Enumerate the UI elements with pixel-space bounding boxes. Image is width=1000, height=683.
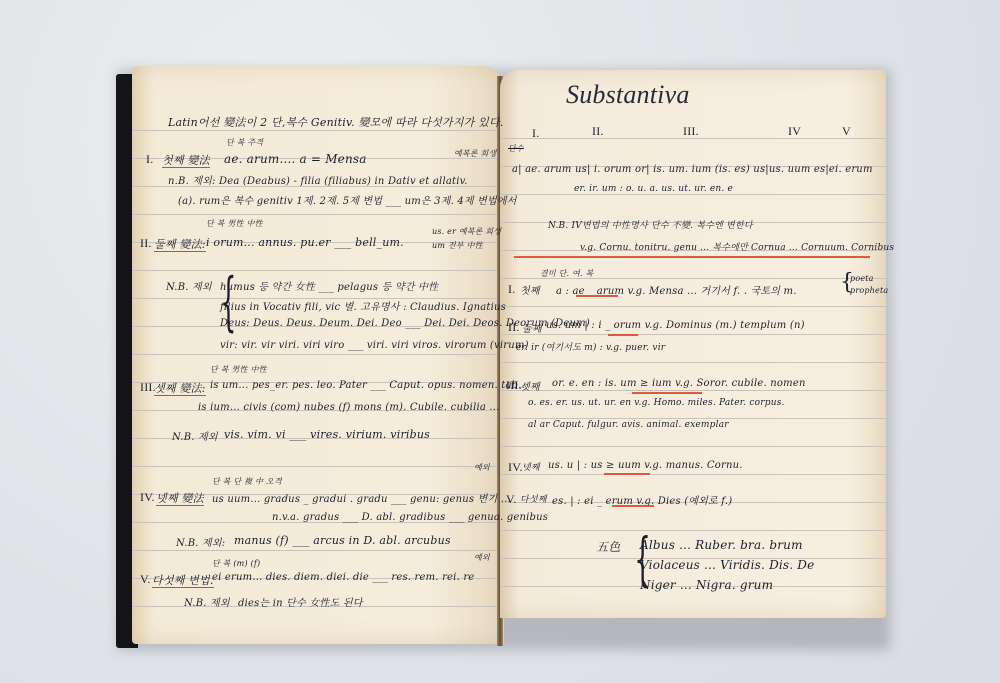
row-2-numeral: II. <box>508 320 520 335</box>
section-5-header-labels: 단 복 (m) (f) <box>212 558 260 569</box>
row-2-text: us. um | : i _ orum v.g. Dominus (m.) te… <box>546 320 805 331</box>
ruled-line <box>500 194 886 195</box>
section-2-header-labels: 단 복 男性 中性 <box>206 218 263 229</box>
nb-example: v.g. Cornu. tonitru. genu ... 복수에만 Cornu… <box>580 240 894 253</box>
ruled-line <box>500 334 886 335</box>
section-4-side-note: 예외 <box>474 462 490 473</box>
section-1-side-note: 예복론 희생 <box>454 148 496 159</box>
ruled-line <box>132 270 504 271</box>
column-header-4: IV <box>788 124 801 139</box>
section-4-nb-line: manus (f) ___ arcus in D. abl. arcubus <box>234 534 451 547</box>
row-1-numeral: I. <box>508 282 515 297</box>
section-3-header-labels: 단 복 男性 中性 <box>210 364 267 375</box>
ruled-line <box>500 446 886 447</box>
row-4-numeral: IV. <box>508 460 523 475</box>
ruled-line <box>500 418 886 419</box>
section-1-header-labels: 단 복 주격 <box>226 137 263 148</box>
nb-header: N.B. IV변법의 中性명사 단수 不變. 복수엔 변한다 <box>548 218 753 231</box>
section-3-name-text: 셋째 變法: <box>154 382 206 396</box>
section-1-name: 첫째 變法 <box>162 152 210 168</box>
column-header-5: V <box>842 124 851 139</box>
row-5-numeral: V. <box>506 492 517 507</box>
section-4-line1: us uum... gradus _ gradui . gradu ___ ge… <box>212 490 511 505</box>
section-3-nb-label: N.B. 제외 <box>172 428 218 443</box>
adjective-line: Violaceus ... Viridis. Dis. De <box>640 558 814 572</box>
section-4-line2: n.v.a. gradus ___ D. abl. gradibus ___ g… <box>272 512 548 523</box>
section-5-numeral: V. <box>140 572 151 587</box>
section-3-name: 셋째 變法: <box>154 380 206 396</box>
section-5-side-note: 예외 <box>474 552 490 563</box>
row-3-text2: o. es. er. us. ut. ur. en v.g. Homo. mil… <box>528 398 785 408</box>
ruled-line <box>132 214 504 215</box>
section-5-name-text: 다섯째 변법. <box>152 574 214 588</box>
ruled-line <box>500 390 886 391</box>
section-3-nb-line: vis. vim. vi ___ vires. virium. viribus <box>224 428 430 441</box>
section-4-header-labels: 단 복 단 複 中 오격 <box>212 476 282 487</box>
section-2-nb-label: N.B. 제외 <box>166 278 212 293</box>
row-3-text3: al ar Caput. fulgur. avis. animal. exemp… <box>528 420 729 430</box>
red-underline <box>576 295 618 297</box>
column-header-2: II. <box>592 124 604 139</box>
ruled-line <box>500 306 886 307</box>
section-5-nb-label: N.B. 제외 <box>184 594 230 609</box>
adjective-line: Niger ... Nigra. grum <box>640 578 773 592</box>
column-header-1: I. <box>532 126 539 141</box>
red-underline <box>632 392 702 394</box>
row-1-brace-item: propheta <box>850 286 888 295</box>
section-4-numeral: IV. <box>140 490 155 505</box>
ruled-line <box>132 550 504 551</box>
row-5-name: 다섯째 <box>520 492 547 505</box>
row-4-name: 넷째 <box>522 460 540 473</box>
ruled-line <box>500 362 886 363</box>
section-5-nb-line: dies는 in 단수 女性도 된다 <box>238 594 363 609</box>
right-page-title: Substantiva <box>566 80 690 110</box>
section-2-nb-line: filius in Vocativ fili, vic 별. 고유명사 : Cl… <box>220 298 506 313</box>
row-4-text: us. u | : us ≥ uum v.g. manus. Cornu. <box>548 460 743 471</box>
section-5-line1: ei erum... dies. diem. diei. die ___ res… <box>212 572 474 583</box>
row-1-brace-item: poeta <box>850 274 874 283</box>
adjectives-label: 五色 <box>596 538 620 555</box>
ruled-line <box>500 474 886 475</box>
section-2-endings: i orum... annus. pu.er ___ bell_um. <box>206 236 404 249</box>
section-2-name-text: 둘째 變法: <box>154 238 206 252</box>
ruled-line <box>500 530 886 531</box>
section-3-line1: is um... pes_er. pes. leo. Pater ___ Cap… <box>210 380 525 391</box>
red-divider-line <box>514 256 870 258</box>
row-1-label-above: 결미 단. 여. 복 <box>540 268 593 279</box>
crossed-out-word: 단수 <box>508 143 524 154</box>
row-1-name: 첫째 <box>520 282 540 297</box>
section-2-nb-line: humus 등 약간 女性 ___ pelagus 등 약간 中性 <box>220 278 438 293</box>
section-4-name: 넷째 變法 <box>156 490 204 506</box>
section-2-numeral: II. <box>140 236 152 251</box>
ruled-line <box>132 130 504 131</box>
section-4-name-text: 넷째 變法 <box>156 492 204 506</box>
section-3-line2: is ium... civis (com) nubes (f) mons (m)… <box>198 402 500 413</box>
section-5-name: 다섯째 변법. <box>152 572 214 588</box>
ruled-line <box>132 466 504 467</box>
section-1-endings: ae. arum.... a = Mensa <box>224 152 367 166</box>
section-1-name-text: 첫째 變法 <box>162 154 210 168</box>
row-2-text2: er. ir (여기서도 m) : v.g. puer. vir <box>516 340 665 353</box>
section-2-side-note2: um 전부 中性 <box>432 240 483 251</box>
section-2-nb-line: vir: vir. vir viri. viri viro ___ viri. … <box>220 340 529 351</box>
red-underline <box>608 334 638 336</box>
red-underline <box>604 473 650 475</box>
row-2-name: 둘째 <box>522 320 542 335</box>
section-2-side-note1: us. er 예복론 희생 <box>432 226 501 237</box>
left-page-heading: Latin어선 變法이 2 단,복수 Genitiv. 變모에 따라 다섯가지가… <box>168 114 504 130</box>
section-1-nb-line2: (a). rum은 복수 genitiv 1제. 2제. 5제 변법 ___ u… <box>178 192 517 207</box>
section-4-nb-label: N.B. 제외: <box>176 534 225 549</box>
row-3-text: or. e. en : is. um ≥ ium v.g. Soror. cub… <box>552 378 806 389</box>
red-underline <box>612 505 654 507</box>
row-3-name: 셋째 <box>520 378 540 393</box>
section-1-nb-line1: n.B. 제외: Dea (Deabus) - filia (filiabus)… <box>168 172 468 187</box>
endings-sub-row: er. ir. um : o. u. a. us. ut. ur. en. e <box>574 184 733 194</box>
column-header-3: III. <box>683 124 699 139</box>
adjective-line: Albus ... Ruber. bra. brum <box>640 538 803 552</box>
endings-row: a| ae. arum us| i. orum or| is. um. ium … <box>512 164 873 175</box>
section-1-numeral: I. <box>146 152 153 167</box>
section-2-name: 둘째 變法: <box>154 236 206 252</box>
ruled-line <box>132 354 504 355</box>
